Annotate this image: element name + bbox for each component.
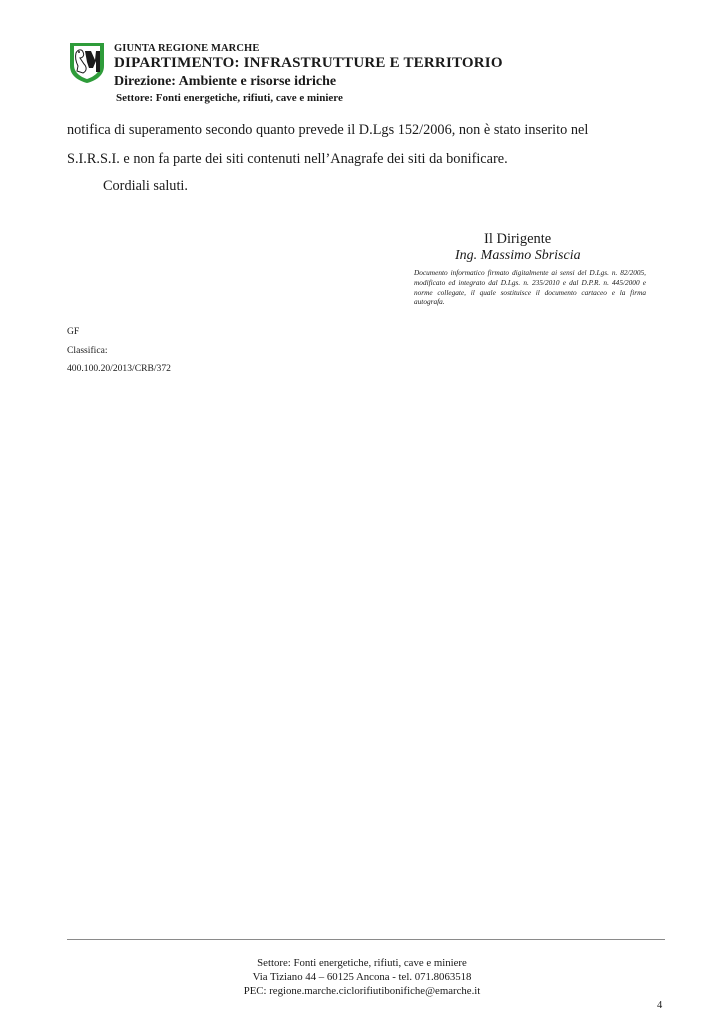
footer-pec: PEC: regione.marche.ciclorifiutibonifich…: [150, 985, 574, 997]
department-name: DIPARTIMENTO: INFRASTRUTTURE E TERRITORI…: [114, 55, 503, 72]
direction-name: Direzione: Ambiente e risorse idriche: [114, 74, 336, 90]
classification-code: 400.100.20/2013/CRB/372: [67, 363, 171, 374]
digital-signature-note: Documento informatico firmato digitalmen…: [414, 268, 646, 307]
footer-divider: [67, 939, 665, 940]
footer-sector: Settore: Fonti energetiche, rifiuti, cav…: [150, 957, 574, 969]
closing-salutation: Cordiali saluti.: [103, 178, 188, 195]
organization-name: GIUNTA REGIONE MARCHE: [114, 43, 259, 54]
author-initials: GF: [67, 326, 79, 337]
body-paragraph-line: S.I.R.S.I. e non fa parte dei siti conte…: [67, 151, 508, 168]
footer-address: Via Tiziano 44 – 60125 Ancona - tel. 071…: [150, 971, 574, 983]
body-paragraph-line: notifica di superamento secondo quanto p…: [67, 122, 588, 139]
sector-name: Settore: Fonti energetiche, rifiuti, cav…: [116, 92, 343, 104]
page-number: 4: [657, 1000, 662, 1011]
signatory-title: Il Dirigente: [484, 231, 551, 248]
signatory-name: Ing. Massimo Sbriscia: [455, 248, 581, 264]
classification-label: Classifica:: [67, 345, 108, 356]
regione-marche-shield-icon: [69, 42, 105, 84]
